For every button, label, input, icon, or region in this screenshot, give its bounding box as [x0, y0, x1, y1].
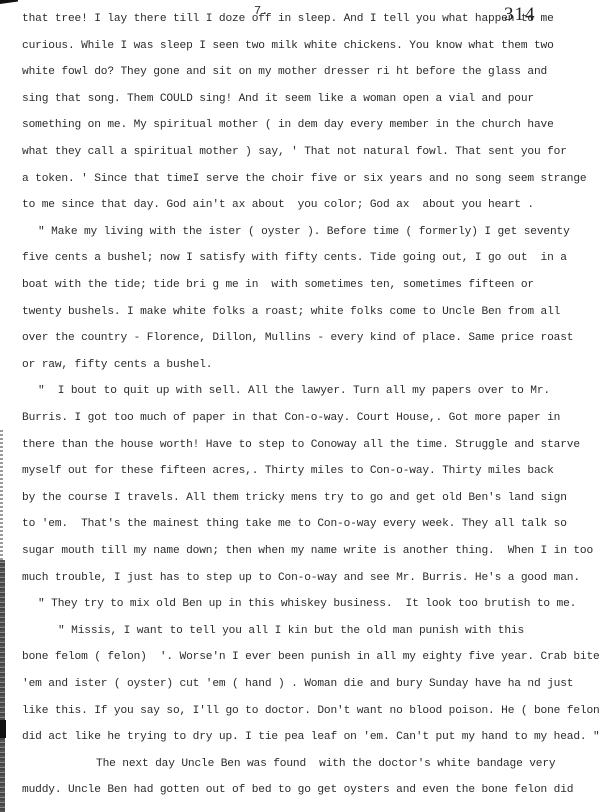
text-line: myself out for these fifteen acres,. Thi…: [22, 464, 554, 478]
text-line: bone felom ( felon) '. Worse'n I ever be…: [22, 650, 600, 664]
text-line: twenty bushels. I make white folks a roa…: [22, 305, 560, 319]
text-line: something on me. My spiritual mother ( i…: [22, 118, 554, 132]
text-line: boat with the tide; tide bri g me in wit…: [22, 278, 534, 292]
text-line: did act like he trying to dry up. I tie …: [22, 730, 600, 744]
text-line: white fowl do? They gone and sit on my m…: [22, 65, 547, 79]
text-line: curious. While I was sleep I seen two mi…: [22, 39, 554, 53]
scan-edge-border: [0, 560, 5, 812]
text-line: five cents a bushel; now I satisfy with …: [22, 251, 567, 265]
text-line: like this. If you say so, I'll go to doc…: [22, 704, 600, 718]
text-line: or raw, fifty cents a bushel.: [22, 358, 212, 372]
text-line: over the country - Florence, Dillon, Mul…: [22, 331, 573, 345]
paragraph-start-line: " They try to mix old Ben up in this whi…: [38, 597, 576, 611]
paragraph-start-line: " Make my living with the ister ( oyster…: [38, 225, 570, 239]
text-line: much trouble, I just has to step up to C…: [22, 571, 580, 585]
text-line: to 'em. That's the mainest thing take me…: [22, 517, 567, 531]
text-line: muddy. Uncle Ben had gotten out of bed t…: [22, 783, 573, 797]
paragraph-start-line: The next day Uncle Ben was found with th…: [96, 757, 555, 771]
text-line: Burris. I got too much of paper in that …: [22, 411, 560, 425]
text-line: sugar mouth till my name down; then when…: [22, 544, 593, 558]
text-line: that tree! I lay there till I doze off i…: [22, 12, 554, 26]
text-line: a token. ' Since that timeI serve the ch…: [22, 172, 586, 186]
text-line: 'em and ister ( oyster) cut 'em ( hand )…: [22, 677, 573, 691]
text-line: to me since that day. God ain't ax about…: [22, 198, 534, 212]
text-line: there than the house worth! Have to step…: [22, 438, 580, 452]
paragraph-start-line: " Missis, I want to tell you all I kin b…: [58, 624, 524, 638]
typewritten-page: 7. 314 that tree! I lay there till I doz…: [0, 0, 600, 812]
text-line: what they call a spiritual mother ) say,…: [22, 145, 567, 159]
text-line: sing that song. Them COULD sing! And it …: [22, 92, 534, 106]
paragraph-start-line: " I bout to quit up with sell. All the l…: [38, 384, 550, 398]
text-line: by the course I travels. All them tricky…: [22, 491, 567, 505]
scan-corner-mark: [0, 0, 18, 4]
